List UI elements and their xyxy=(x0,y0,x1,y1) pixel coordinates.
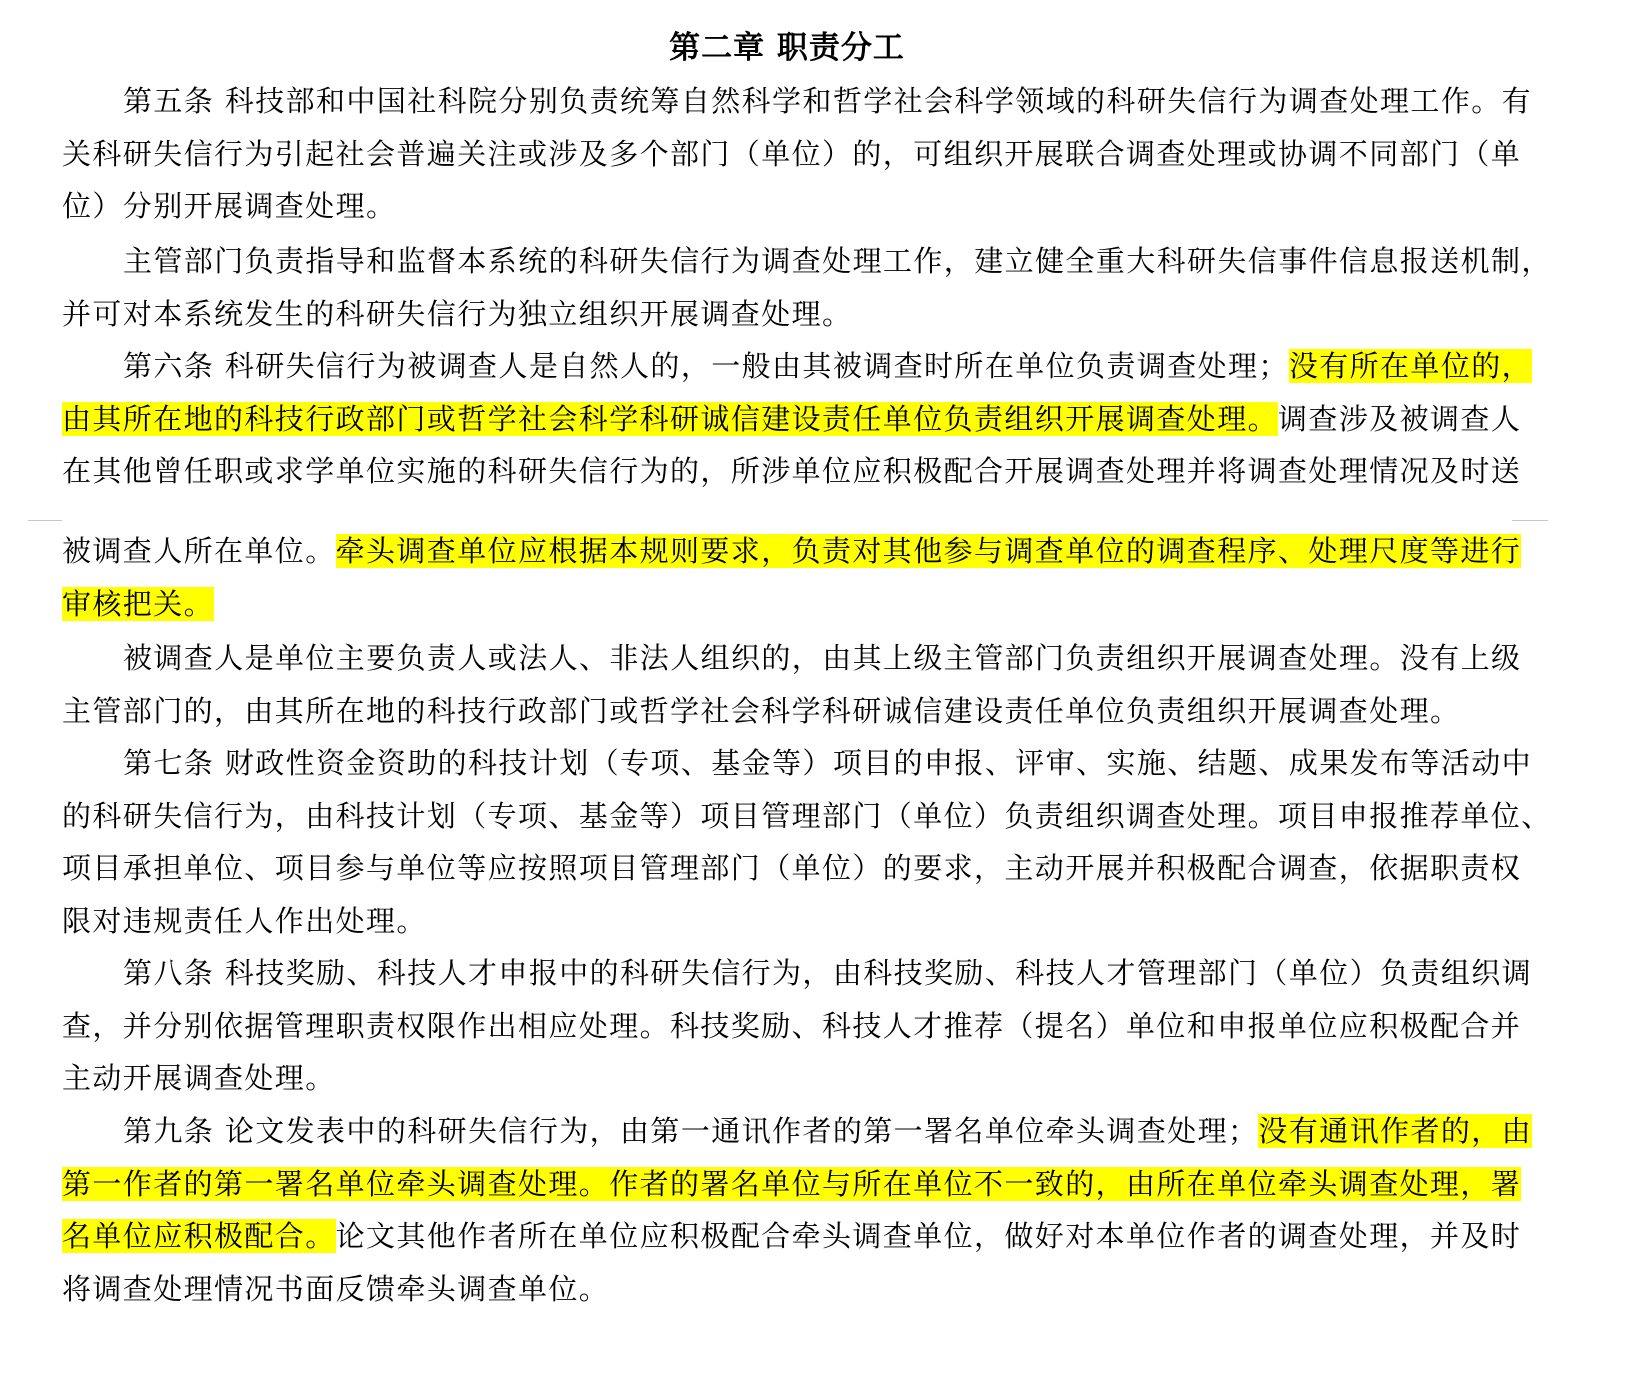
text-line: 名单位应积极配合。论文其他作者所在单位应积极配合牵头调查单位，做好对本单位作者的… xyxy=(62,1210,1512,1263)
text-line: 审核把关。 xyxy=(62,578,1512,631)
text-line: 位）分别开展调查处理。 xyxy=(62,180,1512,233)
body-text[interactable]: 项目承担单位、项目参与单位等应按照项目管理部门（单位）的要求，主动开展并积极配合… xyxy=(62,851,1521,885)
highlighted-text[interactable]: 名单位应积极配合。 xyxy=(62,1219,336,1253)
body-text[interactable]: 的科研失信行为，由科技计划（专项、基金等）项目管理部门（单位）负责组织调查处理。… xyxy=(62,799,1552,833)
article-5: 第五条 科技部和中国社科院分别负责统筹自然科学和哲学社会科学领域的科研失信行为调… xyxy=(62,75,1512,233)
text-line: 的科研失信行为，由科技计划（专项、基金等）项目管理部门（单位）负责组织调查处理。… xyxy=(62,790,1512,843)
text-line: 主动开展调查处理。 xyxy=(62,1052,1512,1105)
body-text[interactable]: 第六条 科研失信行为被调查人是自然人的，一般由其被调查时所在单位负责调查处理； xyxy=(123,349,1289,383)
text-line: 第六条 科研失信行为被调查人是自然人的，一般由其被调查时所在单位负责调查处理；没… xyxy=(62,340,1512,393)
body-text[interactable]: 被调查人是单位主要负责人或法人、非法人组织的，由其上级主管部门负责组织开展调查处… xyxy=(123,641,1521,675)
page-break-mark-right xyxy=(1512,520,1548,521)
body-text[interactable]: 关科研失信行为引起社会普遍关注或涉及多个部门（单位）的，可组织开展联合调查处理或… xyxy=(62,137,1521,171)
body-text[interactable]: 位）分别开展调查处理。 xyxy=(62,189,396,223)
body-text[interactable]: 在其他曾任职或求学单位实施的科研失信行为的，所涉单位应积极配合开展调查处理并将调… xyxy=(62,454,1521,488)
article-6-continued: 被调查人所在单位。牵头调查单位应根据本规则要求，负责对其他参与调查单位的调查程序… xyxy=(62,525,1512,630)
text-line: 关科研失信行为引起社会普遍关注或涉及多个部门（单位）的，可组织开展联合调查处理或… xyxy=(62,128,1512,181)
article-6: 第六条 科研失信行为被调查人是自然人的，一般由其被调查时所在单位负责调查处理；没… xyxy=(62,340,1512,498)
text-line: 主管部门的，由其所在地的科技行政部门或哲学社会科学科研诚信建设责任单位负责组织开… xyxy=(62,685,1512,738)
body-text[interactable]: 并可对本系统发生的科研失信行为独立组织开展调查处理。 xyxy=(62,297,852,331)
highlighted-text[interactable]: 审核把关。 xyxy=(62,587,214,621)
highlighted-text[interactable]: 第一作者的第一署名单位牵头调查处理。作者的署名单位与所在单位不一致的，由所在单位… xyxy=(62,1167,1521,1201)
text-line: 在其他曾任职或求学单位实施的科研失信行为的，所涉单位应积极配合开展调查处理并将调… xyxy=(62,445,1512,498)
text-line: 由其所在地的科技行政部门或哲学社会科学科研诚信建设责任单位负责组织开展调查处理。… xyxy=(62,393,1512,446)
body-text[interactable]: 论文其他作者所在单位应积极配合牵头调查单位，做好对本单位作者的调查处理，并及时 xyxy=(336,1219,1522,1253)
article-6-paragraph-2: 被调查人是单位主要负责人或法人、非法人组织的，由其上级主管部门负责组织开展调查处… xyxy=(62,632,1512,737)
highlighted-text[interactable]: 没有所在单位的， xyxy=(1289,349,1532,383)
text-line: 第一作者的第一署名单位牵头调查处理。作者的署名单位与所在单位不一致的，由所在单位… xyxy=(62,1158,1512,1211)
article-5-paragraph-2: 主管部门负责指导和监督本系统的科研失信行为调查处理工作，建立健全重大科研失信事件… xyxy=(62,235,1512,340)
body-text[interactable]: 将调查处理情况书面反馈牵头调查单位。 xyxy=(62,1272,609,1306)
text-line: 并可对本系统发生的科研失信行为独立组织开展调查处理。 xyxy=(62,288,1512,341)
text-line: 被调查人是单位主要负责人或法人、非法人组织的，由其上级主管部门负责组织开展调查处… xyxy=(62,632,1512,685)
body-text[interactable]: 调查涉及被调查人 xyxy=(1278,402,1521,436)
page-break-mark-left xyxy=(28,520,62,521)
text-line: 将调查处理情况书面反馈牵头调查单位。 xyxy=(62,1263,1512,1316)
text-line: 被调查人所在单位。牵头调查单位应根据本规则要求，负责对其他参与调查单位的调查程序… xyxy=(62,525,1512,578)
text-line: 第八条 科技奖励、科技人才申报中的科研失信行为，由科技奖励、科技人才管理部门（单… xyxy=(62,947,1512,1000)
text-line: 限对违规责任人作出处理。 xyxy=(62,895,1512,948)
body-text[interactable]: 主管部门的，由其所在地的科技行政部门或哲学社会科学科研诚信建设责任单位负责组织开… xyxy=(62,694,1460,728)
body-text[interactable]: 第七条 财政性资金资助的科技计划（专项、基金等）项目的申报、评审、实施、结题、成… xyxy=(123,746,1532,780)
body-text[interactable]: 第八条 科技奖励、科技人才申报中的科研失信行为，由科技奖励、科技人才管理部门（单… xyxy=(123,956,1532,990)
chapter-title: 第二章 职责分工 xyxy=(62,28,1512,68)
text-line: 第五条 科技部和中国社科院分别负责统筹自然科学和哲学社会科学领域的科研失信行为调… xyxy=(62,75,1512,128)
body-text[interactable]: 被调查人所在单位。 xyxy=(62,534,336,568)
text-line: 第九条 论文发表中的科研失信行为，由第一通讯作者的第一署名单位牵头调查处理；没有… xyxy=(62,1105,1512,1158)
body-text[interactable]: 主管部门负责指导和监督本系统的科研失信行为调查处理工作，建立健全重大科研失信事件… xyxy=(123,244,1552,278)
article-9: 第九条 论文发表中的科研失信行为，由第一通讯作者的第一署名单位牵头调查处理；没有… xyxy=(62,1105,1512,1315)
text-line: 主管部门负责指导和监督本系统的科研失信行为调查处理工作，建立健全重大科研失信事件… xyxy=(62,235,1512,288)
text-line: 第七条 财政性资金资助的科技计划（专项、基金等）项目的申报、评审、实施、结题、成… xyxy=(62,737,1512,790)
article-8: 第八条 科技奖励、科技人才申报中的科研失信行为，由科技奖励、科技人才管理部门（单… xyxy=(62,947,1512,1105)
body-text[interactable]: 第九条 论文发表中的科研失信行为，由第一通讯作者的第一署名单位牵头调查处理； xyxy=(123,1114,1258,1148)
body-text[interactable]: 主动开展调查处理。 xyxy=(62,1061,336,1095)
body-text[interactable]: 限对违规责任人作出处理。 xyxy=(62,904,427,938)
article-7: 第七条 财政性资金资助的科技计划（专项、基金等）项目的申报、评审、实施、结题、成… xyxy=(62,737,1512,947)
text-line: 查，并分别依据管理职责权限作出相应处理。科技奖励、科技人才推荐（提名）单位和申报… xyxy=(62,1000,1512,1053)
highlighted-text[interactable]: 由其所在地的科技行政部门或哲学社会科学科研诚信建设责任单位负责组织开展调查处理。 xyxy=(62,402,1278,436)
highlighted-text[interactable]: 牵头调查单位应根据本规则要求，负责对其他参与调查单位的调查程序、处理尺度等进行 xyxy=(336,534,1522,568)
body-text[interactable]: 第五条 科技部和中国社科院分别负责统筹自然科学和哲学社会科学领域的科研失信行为调… xyxy=(123,84,1532,118)
text-line: 项目承担单位、项目参与单位等应按照项目管理部门（单位）的要求，主动开展并积极配合… xyxy=(62,842,1512,895)
highlighted-text[interactable]: 没有通讯作者的，由 xyxy=(1258,1114,1532,1148)
body-text[interactable]: 查，并分别依据管理职责权限作出相应处理。科技奖励、科技人才推荐（提名）单位和申报… xyxy=(62,1009,1521,1043)
